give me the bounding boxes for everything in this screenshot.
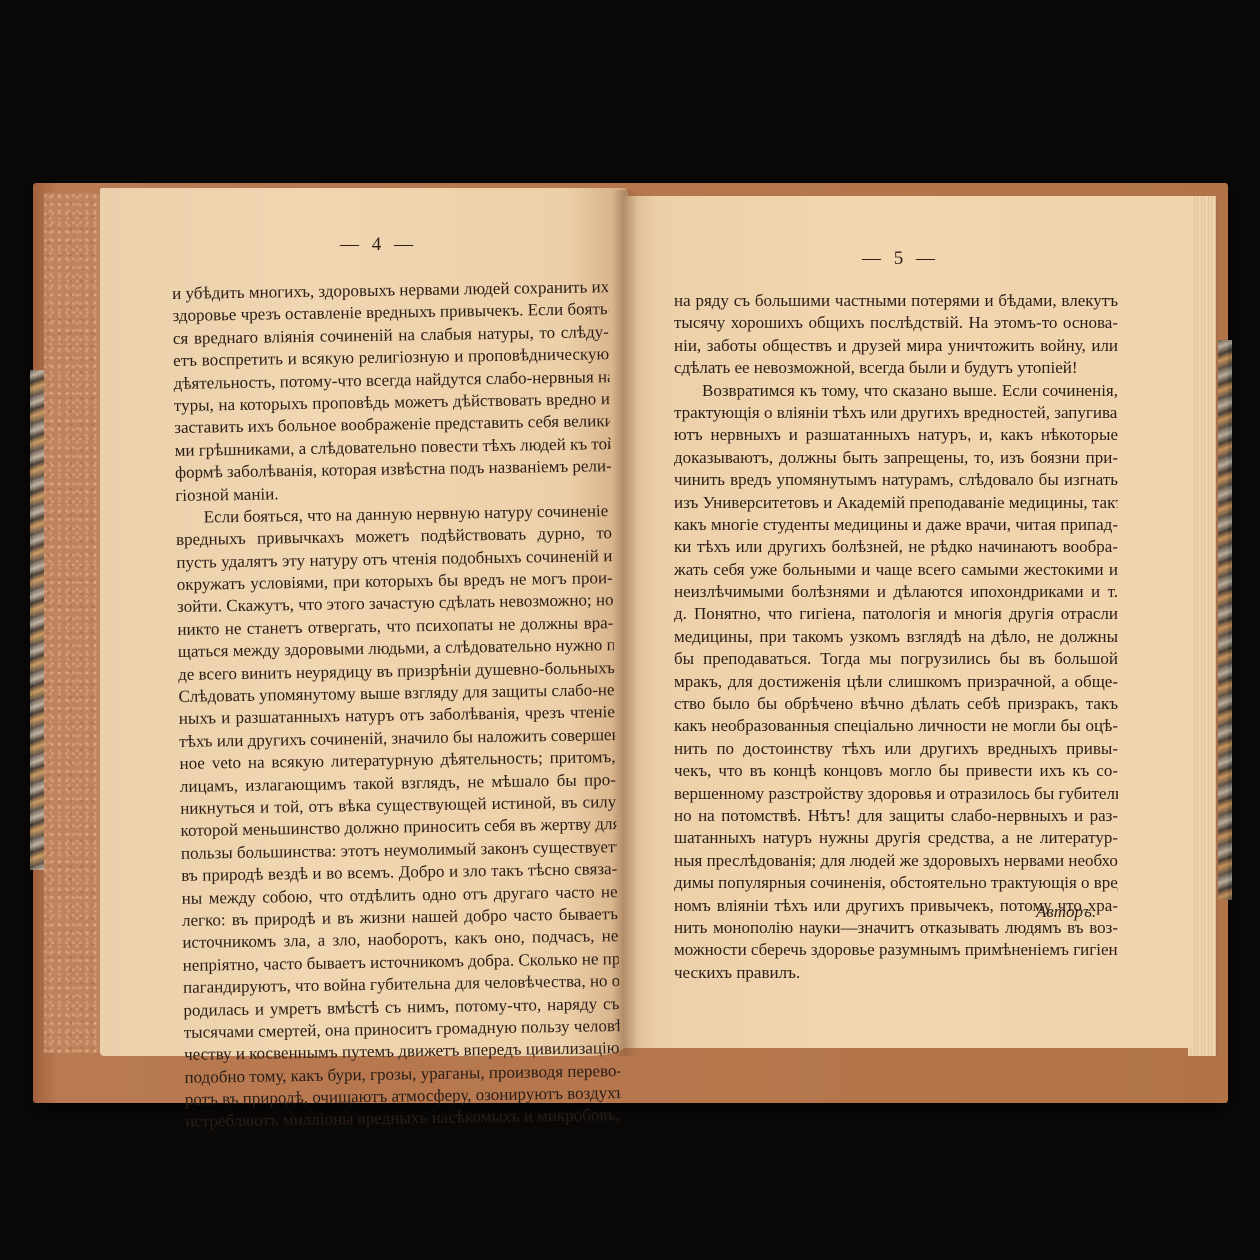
right-page-text: на ряду съ большими частными потерями и … <box>674 290 1118 984</box>
text-line: нить по достоинству тѣхъ или другихъ вре… <box>674 738 1118 760</box>
left-page-text: и убѣдить многихъ, здоровыхъ нервами люд… <box>172 276 621 1134</box>
text-line: ческихъ правилъ. <box>674 962 1118 984</box>
marbled-edge-right <box>1218 340 1232 900</box>
text-line: тысячу хорошихъ общихъ послѣдствій. На э… <box>674 312 1118 334</box>
speckled-board-paper <box>44 193 105 1053</box>
left-page-number: — 4 — <box>340 234 417 256</box>
text-line: чинить вредъ упомянутымъ натурамъ, слѣдо… <box>674 469 1118 491</box>
text-line: димы популярныя сочиненія, обстоятельно … <box>674 872 1118 894</box>
text-line: д. Понятно, что гигіена, патологія и мно… <box>674 603 1118 625</box>
text-line: шатанныхъ натуръ нужны другія средства, … <box>674 827 1118 849</box>
text-line: ныя преслѣдованія; для людей же здоровых… <box>674 850 1118 872</box>
text-line: на ряду съ большими частными потерями и … <box>674 290 1118 312</box>
text-line: вершенному разстройству здоровья и отраз… <box>674 783 1118 805</box>
text-line: ство было бы обрѣчено вѣчно дѣлать себѣ … <box>674 693 1118 715</box>
text-line: можности сберечь здоровье разумнымъ прим… <box>674 939 1118 961</box>
text-line: изъ Университетовъ и Академій преподаван… <box>674 492 1118 514</box>
text-line: но на потомствѣ. Нѣтъ! для защиты слабо-… <box>674 805 1118 827</box>
text-line: жать себя уже больными и чаще всего самы… <box>674 559 1118 581</box>
right-page-number: — 5 — <box>862 248 939 270</box>
text-line: чекъ, что въ концѣ концовъ могло бы прив… <box>674 760 1118 782</box>
text-line: какъ многіе студенты медицины и даже вра… <box>674 514 1118 536</box>
text-line: бы преподаваться. Тогда мы погрузились б… <box>674 648 1118 670</box>
author-signature: Авторъ. <box>1036 902 1096 922</box>
text-line: неизлѣчимыми болѣзнями и дѣлаются ипохон… <box>674 581 1118 603</box>
text-line: ютъ нервныхъ и разшатанныхъ натуръ, и, к… <box>674 424 1118 446</box>
text-line: доказываютъ, должны быть запрещены, то, … <box>674 447 1118 469</box>
text-line: мракъ, для достиженія цѣли слишкомъ приз… <box>674 671 1118 693</box>
text-line: Возвратимся къ тому, что сказано выше. Е… <box>674 380 1118 402</box>
text-line: сдѣлать ее невозможной, всегда были и бу… <box>674 357 1118 379</box>
text-line: ки тѣхъ или другихъ болѣзней, не рѣдко н… <box>674 536 1118 558</box>
text-line: какъ необразованныя спеціально личности … <box>674 715 1118 737</box>
text-line: трактующія о вліяніи тѣхъ или другихъ вр… <box>674 402 1118 424</box>
text-line: медицины, при такомъ узкомъ взглядѣ на д… <box>674 626 1118 648</box>
text-line: ніи, заботы обществъ и друзей мира уничт… <box>674 335 1118 357</box>
